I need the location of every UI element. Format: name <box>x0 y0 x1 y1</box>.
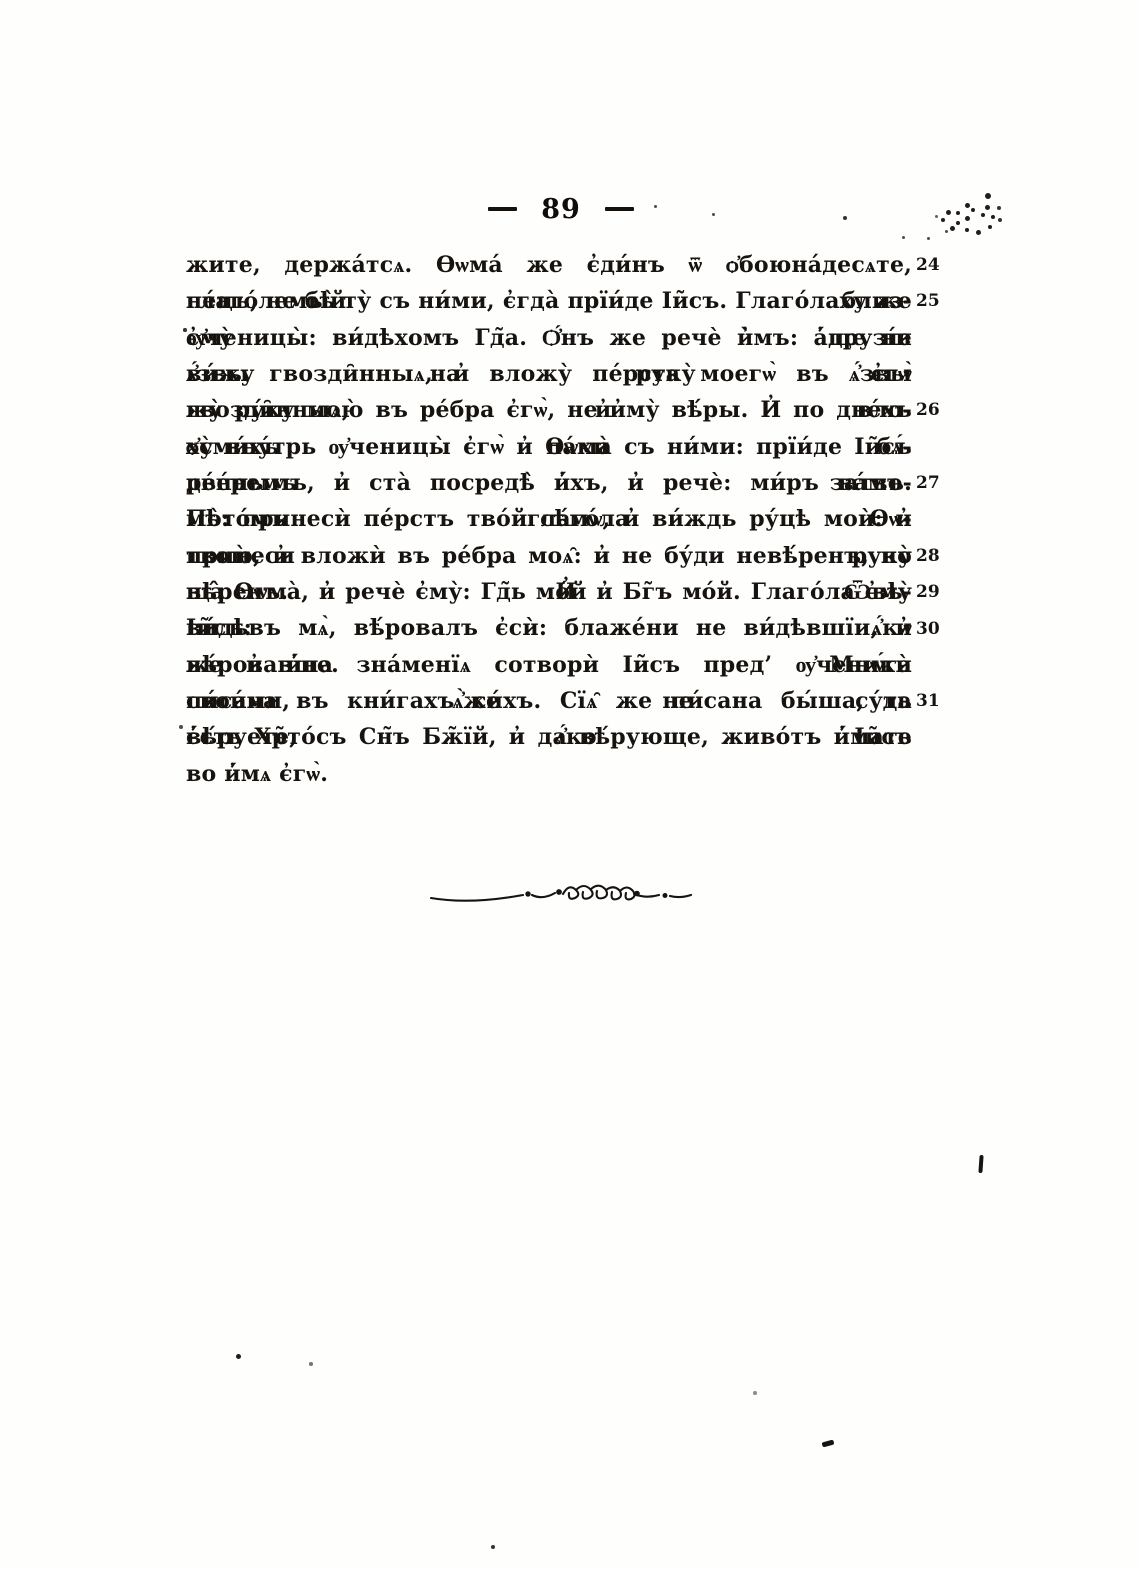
ink-speck <box>902 236 905 239</box>
ink-speck <box>988 225 992 229</box>
ink-speck <box>941 218 945 222</box>
scripture-line: є̓́сть Хр̃то́съ Сн̃ъ Бж̃їй, и̓ да вѣ́рую… <box>186 719 912 755</box>
ink-speck <box>950 226 955 231</box>
scripture-line: ѧ̓́звы гвозди̑нныѧ, и̓ вложу̀ пе́рста мо… <box>186 356 912 392</box>
ink-speck <box>998 218 1002 222</box>
ink-speck <box>985 193 991 199</box>
verse-number: 27 <box>916 465 940 501</box>
ink-speck <box>997 206 1001 210</box>
ink-speck <box>981 213 985 217</box>
scripture-line: ща̀ Ѳѡма̀, и̓ речѐ є̓му̀: Гд̃ь мо́й и̓ Б… <box>186 574 912 610</box>
ink-speck <box>491 1545 495 1549</box>
ink-speck <box>753 1391 757 1395</box>
ink-speck <box>956 221 960 225</box>
ink-speck <box>309 1362 313 1366</box>
scripture-line: пи́сана въ кни́гахъ си́хъ. Сїѧ̑ же пи́са… <box>186 683 912 719</box>
verse-number: 31 <box>916 683 940 719</box>
ink-mark <box>978 1155 983 1173</box>
scroll-flourish-icon <box>428 880 694 914</box>
scripture-line: мѣ̀: принесѝ пе́рстъ тво́й сѣ́мѡ, и̓ ви́… <box>186 501 912 537</box>
scripture-text-block: жите, держа́тсѧ. Ѳѡма́ же є̓ди́нъ ѿ ѻ̓бо… <box>186 247 912 756</box>
ink-speck <box>971 208 975 212</box>
scripture-line: твою̀, и̓ вложѝ въ ре́бра моѧ̑: и̓ не бу… <box>186 538 912 574</box>
ink-speck <box>927 237 930 240</box>
scripture-line: ре́ннымъ, и̓ ста̀ посредѣ̀ и̓́хъ, и̓ реч… <box>186 465 912 501</box>
ink-speck <box>712 213 715 216</box>
ink-speck <box>965 228 969 232</box>
ink-speck <box>985 205 990 210</box>
ink-speck <box>965 216 970 221</box>
scripture-line: ху̀ вну́трь ѹ̓ченицы̀ є̓гѡ̀ и̓ Ѳѡма̀ съ … <box>186 429 912 465</box>
verse-number: 24 <box>916 247 940 283</box>
ink-speck <box>956 211 960 215</box>
ink-speck <box>991 215 995 219</box>
verse-number: 26 <box>916 392 940 428</box>
ink-speck <box>654 205 657 208</box>
scripture-line: ѹ̓ченицы̀: ви́дѣхомъ Гд̃а. Ѻ̓́нъ же речѐ… <box>186 320 912 356</box>
verse-number: 29 <box>916 574 940 610</box>
ink-speck <box>945 230 948 233</box>
book-page-scan: 89 жите, держа́тсѧ. Ѳѡма́ же є̓ди́нъ ѿ ѻ… <box>0 0 1140 1569</box>
scripture-line: ви́дѣвъ мѧ̀, вѣ́ровалъ є̓сѝ: блаже́ни не… <box>186 610 912 646</box>
ink-speck <box>236 1354 241 1359</box>
scripture-line: жу̀ ру́ку мою̀ въ ре́бра є̓гѡ̀, не и̓му̀… <box>186 392 912 428</box>
scripture-line: не́цъ, не бѣ̀ ту̀ съ ни́ми, є̓гда̀ прїи́… <box>186 283 912 319</box>
page-number: 89 <box>541 196 581 223</box>
ink-speck <box>976 230 981 235</box>
verse-number: 25 <box>916 283 940 319</box>
verse-number: 28 <box>916 538 940 574</box>
ink-mark <box>822 1440 835 1448</box>
scripture-line: жите, держа́тсѧ. Ѳѡма́ же є̓ди́нъ ѿ ѻ̓бо… <box>186 247 912 283</box>
scroll-flourish-divider <box>428 880 694 914</box>
ink-speck <box>183 328 187 332</box>
header-right-rule <box>605 207 634 211</box>
ink-speck <box>179 725 183 729</box>
page-header: 89 <box>0 192 1131 226</box>
ink-speck <box>946 210 951 215</box>
ink-speck <box>843 216 847 220</box>
verse-number: 30 <box>916 611 940 647</box>
scripture-line: же и̓ и̓́на зна́менїѧ сотворѝ Іи̃съ пред… <box>186 647 912 683</box>
ink-speck <box>935 215 938 218</box>
header-left-rule <box>488 207 517 211</box>
ink-speck <box>965 203 970 208</box>
